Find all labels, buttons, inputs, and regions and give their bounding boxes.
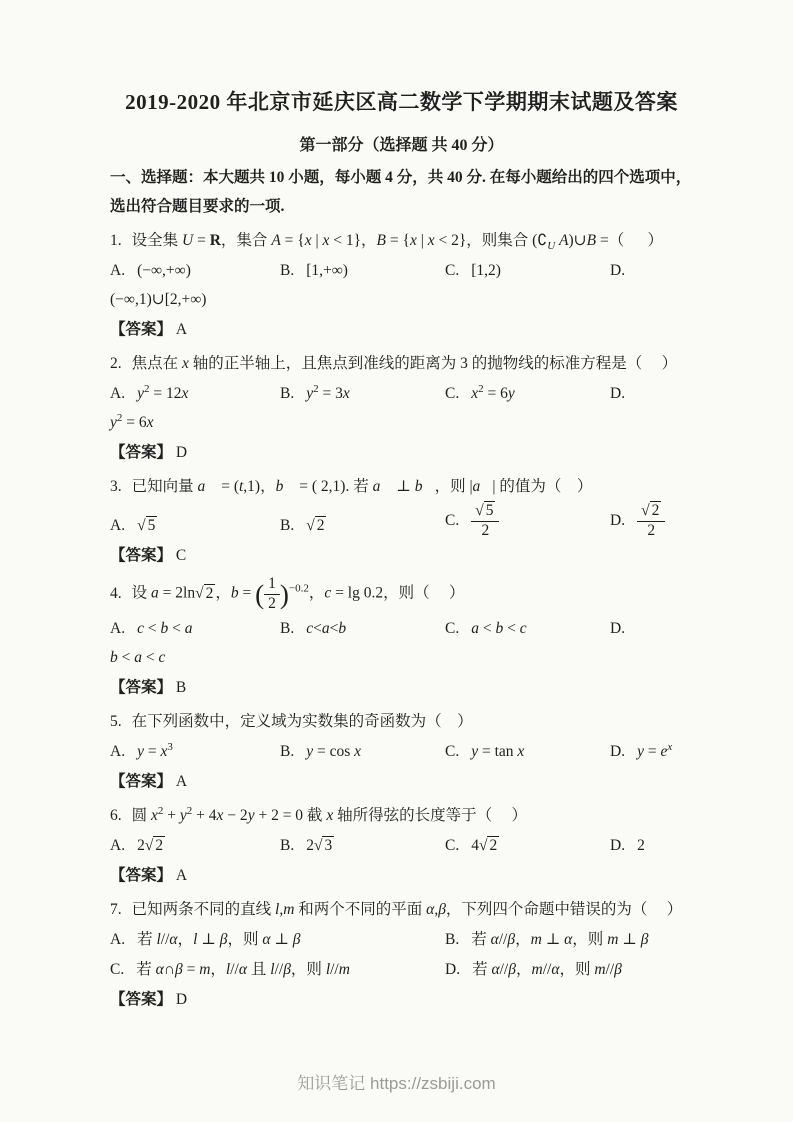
math-run: 2 xyxy=(155,837,163,854)
radicand: 3 xyxy=(322,836,334,854)
option-content: (−∞,+∞) xyxy=(137,262,191,279)
math-run: α xyxy=(156,961,164,978)
math-run: β xyxy=(293,931,301,948)
option-content: a < b < c xyxy=(471,620,526,637)
math-run: − 2 xyxy=(223,807,247,824)
math-run: =（ ） xyxy=(596,232,663,249)
option-C: C.x2 = 6y xyxy=(445,379,610,408)
math-run: 已知向量 xyxy=(132,478,198,495)
option-content: [1,+∞) xyxy=(306,262,348,279)
math-run: ⊥ xyxy=(392,478,414,495)
question-number: 2. xyxy=(110,355,122,372)
question-stem: 7.已知两条不同的直线 l,m 和两个不同的平面 α,β，下列四个命题中错误的为… xyxy=(110,895,693,924)
math-run: b⃗ xyxy=(415,478,435,495)
math-run: x xyxy=(667,741,672,753)
math-run: // xyxy=(230,961,239,978)
option-content: y = ex xyxy=(637,743,672,760)
math-run: 2 xyxy=(306,837,314,854)
math-run: = { xyxy=(386,232,410,249)
math-run: a xyxy=(185,620,193,637)
math-run: ，则 xyxy=(572,931,607,948)
questions-list: 1.设全集 U = R，集合 A = {x | x < 1}，B = {x | … xyxy=(110,226,693,1014)
math-run: [1,2) xyxy=(471,262,501,279)
option-B: B.y2 = 3x xyxy=(280,379,445,408)
math-run: 2 xyxy=(647,522,655,539)
option-overflow-line: (−∞,1)∪[2,+∞) xyxy=(110,285,693,314)
math-run: < 2}，则集合 (∁ xyxy=(435,232,548,249)
math-run: ， xyxy=(178,931,194,948)
option-content: y = x3 xyxy=(137,743,173,760)
math-run: √5 xyxy=(137,516,157,534)
math-run: x xyxy=(343,385,350,402)
math-run: = 2ln xyxy=(159,585,195,602)
math-run: ，则 xyxy=(227,931,262,948)
math-run: ， xyxy=(210,961,226,978)
math-run: √22 xyxy=(637,502,665,540)
fraction-denominator: 2 xyxy=(266,595,278,614)
question-stem: 3.已知向量 a⃗ = (t,1)，b⃗ = ( 2,1). 若 a⃗ ⊥ b⃗… xyxy=(110,472,693,501)
question-stem: 1.设全集 U = R，集合 A = {x | x < 1}，B = {x | … xyxy=(110,226,693,255)
option-D: D. xyxy=(610,256,693,285)
option-B: B.[1,+∞) xyxy=(280,256,445,285)
option-label: A. xyxy=(110,743,125,760)
option-label: B. xyxy=(280,837,294,854)
math-run: √52 xyxy=(471,502,499,540)
math-run: < xyxy=(118,649,135,666)
math-run: √2 xyxy=(479,836,499,854)
answer-line: 【答案】 A xyxy=(110,316,693,344)
question-stem: 4.设 a = 2ln√2，b = (12)−0.2，c = lg 0.2，则（… xyxy=(110,575,693,613)
question-6: 6.圆 x2 + y2 + 4x − 2y + 2 = 0 截 x 轴所得弦的长… xyxy=(110,801,693,890)
math-run: | xyxy=(312,232,323,249)
math-run: = lg 0.2，则（ ） xyxy=(331,585,464,602)
option-D: D.若 α//β，m//α，则 m//β xyxy=(445,955,693,984)
question-7: 7.已知两条不同的直线 l,m 和两个不同的平面 α,β，下列四个命题中错误的为… xyxy=(110,895,693,1014)
option-label: B. xyxy=(280,385,294,402)
option-D: D. xyxy=(610,614,693,643)
math-run: β xyxy=(507,931,515,948)
math-run: √2 xyxy=(306,516,326,534)
math-run: α xyxy=(239,961,247,978)
option-A: A.√5 xyxy=(110,511,280,540)
math-run: ， xyxy=(309,585,325,602)
radical-sign: √ xyxy=(137,517,146,534)
math-run: ,1)， xyxy=(243,478,275,495)
math-run: = 6 xyxy=(484,385,508,402)
option-label: C. xyxy=(445,262,459,279)
answer-line: 【答案】 B xyxy=(110,674,693,702)
math-run: a xyxy=(134,649,142,666)
answer-value: B xyxy=(172,679,186,696)
option-A: A.若 l//α，l ⊥ β，则 α ⊥ β xyxy=(110,925,445,954)
option-B: B.c<a<b xyxy=(280,614,445,643)
option-label: D. xyxy=(610,620,625,637)
option-content: 若 α∩β = m，l//α 且 l//β，则 l//m xyxy=(136,961,350,978)
fraction-numerator: 1 xyxy=(264,575,280,595)
answer-value: D xyxy=(172,444,187,461)
math-run: 圆 xyxy=(132,807,151,824)
math-run: a⃗ xyxy=(473,478,493,495)
math-run: 5 xyxy=(148,517,156,534)
math-run: y xyxy=(180,807,187,824)
math-run: ) xyxy=(280,580,289,610)
question-5: 5.在下列函数中，定义域为实数集的奇函数为（ ）A.y = x3B.y = co… xyxy=(110,707,693,796)
question-number: 1. xyxy=(110,232,122,249)
math-run: 4 xyxy=(471,837,479,854)
math-run: a xyxy=(471,620,479,637)
math-run: 焦点在 xyxy=(132,355,182,372)
option-content: √5 xyxy=(137,516,157,534)
page-title: 2019-2020 年北京市延庆区高二数学下学期期末试题及答案 xyxy=(110,86,693,116)
radical-sign: √ xyxy=(475,502,484,519)
math-run: √2 xyxy=(641,501,661,519)
math-run: = xyxy=(183,961,200,978)
math-run: y xyxy=(508,385,515,402)
option-content: y2 = 3x xyxy=(306,385,350,402)
option-content: y = tan x xyxy=(471,743,524,760)
math-run: ，则 xyxy=(559,961,594,978)
option-content: 2 xyxy=(637,837,645,854)
math-run: ⊥ xyxy=(197,931,219,948)
math-run: −0.2 xyxy=(289,583,309,595)
option-C: C.√52 xyxy=(445,502,610,540)
option-content: y = cos x xyxy=(306,743,361,760)
option-D: D.y = ex xyxy=(610,737,693,766)
math-run: [1,+∞) xyxy=(306,262,348,279)
math-run: 若 xyxy=(471,931,490,948)
option-content: 若 α//β，m//α，则 m//β xyxy=(472,961,622,978)
option-label: D. xyxy=(610,262,625,279)
answer-value: A xyxy=(172,773,187,790)
math-run: √2 xyxy=(195,584,215,602)
math-run: 2 xyxy=(637,837,645,854)
math-run: x xyxy=(410,232,417,249)
math-run: y xyxy=(137,385,144,402)
option-label: D. xyxy=(610,385,625,402)
math-run: = xyxy=(144,743,161,760)
options-row: A.若 l//α，l ⊥ β，则 α ⊥ βB.若 α//β，m ⊥ α，则 m… xyxy=(110,925,693,954)
option-C: C.4√2 xyxy=(445,831,610,860)
option-D: D. xyxy=(610,379,693,408)
option-content: c < b < a xyxy=(137,620,192,637)
math-run: ， xyxy=(516,961,532,978)
math-run: U xyxy=(547,240,555,252)
math-run: ⊥ xyxy=(618,931,640,948)
option-label: C. xyxy=(445,620,459,637)
option-B: B.√2 xyxy=(280,511,445,540)
math-run: = { xyxy=(281,232,305,249)
radicand: 2 xyxy=(153,836,165,854)
math-run: α xyxy=(169,931,177,948)
math-run: B xyxy=(587,232,596,249)
math-run: ∩ xyxy=(164,961,175,978)
answer-line: 【答案】 C xyxy=(110,542,693,570)
radicand: 5 xyxy=(484,501,496,519)
footer-watermark: 知识笔记 https://zsbiji.com xyxy=(0,1069,793,1094)
option-A: A.y2 = 12x xyxy=(110,379,280,408)
option-D: D.√22 xyxy=(610,502,693,540)
math-run: = 12 xyxy=(149,385,181,402)
math-run: = 3 xyxy=(319,385,343,402)
math-run: c xyxy=(137,620,144,637)
math-run: ( xyxy=(255,580,264,610)
options-row: A.y = x3B.y = cos xC.y = tan xD.y = ex xyxy=(110,737,693,766)
question-stem: 2.焦点在 x 轴的正半轴上，且焦点到准线的距离为 3 的抛物线的标准方程是（ … xyxy=(110,349,693,378)
option-A: A.(−∞,+∞) xyxy=(110,256,280,285)
answer-line: 【答案】 D xyxy=(110,439,693,467)
math-run: < xyxy=(168,620,185,637)
answer-value: C xyxy=(172,547,186,564)
option-label: A. xyxy=(110,620,125,637)
question-1: 1.设全集 U = R，集合 A = {x | x < 1}，B = {x | … xyxy=(110,226,693,344)
math-run: A xyxy=(271,232,280,249)
math-run: | xyxy=(417,232,428,249)
math-run: 若 xyxy=(137,931,156,948)
math-run: β xyxy=(508,961,516,978)
option-C: C.y = tan x xyxy=(445,737,610,766)
answer-line: 【答案】 D xyxy=(110,986,693,1014)
math-run: 2 xyxy=(206,585,214,602)
math-run: | 的值为（ ） xyxy=(492,478,592,495)
math-run: m xyxy=(531,961,542,978)
math-run: // xyxy=(330,961,339,978)
math-run: ， xyxy=(215,585,231,602)
answer-prefix: 【答案】 xyxy=(110,991,172,1008)
answer-value: D xyxy=(172,991,187,1008)
option-content: 若 α//β，m ⊥ α，则 m ⊥ β xyxy=(471,931,648,948)
math-run: 2 xyxy=(268,595,276,612)
option-label: A. xyxy=(110,385,125,402)
math-run: x xyxy=(354,743,361,760)
answer-prefix: 【答案】 xyxy=(110,321,172,338)
math-run: < xyxy=(313,620,322,637)
math-run: // xyxy=(275,961,284,978)
math-run: 2 xyxy=(481,522,489,539)
fraction-denominator: 2 xyxy=(479,522,491,541)
option-label: D. xyxy=(610,743,625,760)
answer-prefix: 【答案】 xyxy=(110,444,172,461)
math-run: )∪ xyxy=(568,232,586,249)
option-content: √52 xyxy=(471,512,499,529)
question-stem: 6.圆 x2 + y2 + 4x − 2y + 2 = 0 截 x 轴所得弦的长… xyxy=(110,801,693,830)
options-row: A.√5B.√2C.√52D.√22 xyxy=(110,502,693,540)
math-run: m xyxy=(199,961,210,978)
question-3: 3.已知向量 a⃗ = (t,1)，b⃗ = ( 2,1). 若 a⃗ ⊥ b⃗… xyxy=(110,472,693,570)
options-row: A.y2 = 12xB.y2 = 3xC.x2 = 6yD. xyxy=(110,379,693,408)
math-run: ，集合 xyxy=(221,232,271,249)
math-run: (−∞,+∞) xyxy=(137,262,191,279)
math-run: b xyxy=(231,585,239,602)
option-label: C. xyxy=(445,385,459,402)
answer-line: 【答案】 A xyxy=(110,768,693,796)
math-run: y xyxy=(637,743,644,760)
math-run: √3 xyxy=(314,836,334,854)
option-A: A.y = x3 xyxy=(110,737,280,766)
option-content: 2√2 xyxy=(137,836,165,854)
question-number: 5. xyxy=(110,713,122,730)
option-label: B. xyxy=(445,931,459,948)
option-C: C.[1,2) xyxy=(445,256,610,285)
math-run: = cos xyxy=(313,743,354,760)
option-overflow-line: y2 = 6x xyxy=(110,408,693,437)
math-run: b xyxy=(338,620,346,637)
option-label: A. xyxy=(110,837,125,854)
math-run: + 4 xyxy=(192,807,216,824)
math-run: = xyxy=(193,232,210,249)
option-B: B.y = cos x xyxy=(280,737,445,766)
question-2: 2.焦点在 x 轴的正半轴上，且焦点到准线的距离为 3 的抛物线的标准方程是（ … xyxy=(110,349,693,467)
math-run: c xyxy=(520,620,527,637)
radicand: 5 xyxy=(146,516,158,534)
math-run: 设全集 xyxy=(132,232,182,249)
math-run: 2 xyxy=(317,517,325,534)
math-run: ⊥ xyxy=(270,931,292,948)
option-C: C.a < b < c xyxy=(445,614,610,643)
math-run: 设 xyxy=(132,585,151,602)
math-run: 3 xyxy=(167,741,173,753)
math-run: x xyxy=(517,743,524,760)
math-run: 且 xyxy=(247,961,270,978)
math-run: m xyxy=(283,901,294,918)
math-run: 2 xyxy=(137,837,145,854)
math-run: = 6 xyxy=(122,414,146,431)
math-run: x xyxy=(182,355,189,372)
option-content: [1,2) xyxy=(471,262,501,279)
question-stem: 5.在下列函数中，定义域为实数集的奇函数为（ ） xyxy=(110,707,693,736)
math-run: 3 xyxy=(324,837,332,854)
option-label: C. xyxy=(445,837,459,854)
math-run: 和两个不同的平面 xyxy=(294,901,426,918)
math-run: U xyxy=(182,232,193,249)
math-run: x xyxy=(151,807,158,824)
question-number: 6. xyxy=(110,807,122,824)
option-content: √2 xyxy=(306,516,326,534)
option-label: C. xyxy=(445,512,459,529)
question-4: 4.设 a = 2ln√2，b = (12)−0.2，c = lg 0.2，则（… xyxy=(110,575,693,702)
math-run: (−∞,1)∪[2,+∞) xyxy=(110,291,206,308)
math-run: = tan xyxy=(478,743,517,760)
math-run: x xyxy=(147,414,154,431)
document-page: 2019-2020 年北京市延庆区高二数学下学期期末试题及答案 第一部分（选择题… xyxy=(0,0,793,1122)
math-run: √2 xyxy=(145,836,165,854)
math-run: c xyxy=(159,649,166,666)
option-content: √22 xyxy=(637,512,665,529)
option-content: y2 = 12x xyxy=(137,385,188,402)
math-run: −0.2 xyxy=(289,583,309,595)
math-run: β xyxy=(175,961,183,978)
radicand: 2 xyxy=(487,836,499,854)
fraction-numerator: √2 xyxy=(637,502,665,522)
option-B: B.2√3 xyxy=(280,831,445,860)
math-run: < 1}， xyxy=(329,232,376,249)
option-content: 4√2 xyxy=(471,836,499,854)
option-A: A.2√2 xyxy=(110,831,280,860)
math-run: y xyxy=(248,807,255,824)
math-run: 已知两条不同的直线 xyxy=(132,901,275,918)
option-content: 2√3 xyxy=(306,836,334,854)
math-run: ，下列四个命题中错误的为（ ） xyxy=(446,901,682,918)
math-run: ⊥ xyxy=(542,931,564,948)
math-run: 轴所得弦的长度等于（ ） xyxy=(333,807,527,824)
math-run: a⃗ xyxy=(198,478,218,495)
math-run: m xyxy=(339,961,350,978)
section-heading: 第一部分（选择题 共 40 分） xyxy=(110,132,693,155)
math-run: m xyxy=(607,931,618,948)
math-run: a xyxy=(322,620,330,637)
math-run: a⃗ xyxy=(373,478,393,495)
math-run: 2 xyxy=(489,837,497,854)
math-run: ，则 xyxy=(291,961,326,978)
math-run: = xyxy=(239,585,256,602)
answer-value: A xyxy=(172,321,187,338)
math-run: α xyxy=(491,931,499,948)
math-run: 在下列函数中，定义域为实数集的奇函数为（ ） xyxy=(132,713,473,730)
math-run: 2 xyxy=(652,502,660,519)
answer-prefix: 【答案】 xyxy=(110,867,172,884)
math-run: β xyxy=(438,901,446,918)
question-number: 7. xyxy=(110,901,122,918)
radical-sign: √ xyxy=(306,517,315,534)
option-label: B. xyxy=(280,517,294,534)
math-run: ， xyxy=(515,931,531,948)
answer-prefix: 【答案】 xyxy=(110,679,172,696)
math-run: x xyxy=(305,232,312,249)
option-C: C.若 α∩β = m，l//α 且 l//β，则 l//m xyxy=(110,955,445,984)
instructions: 一、选择题：本大题共 10 小题，每小题 4 分，共 40 分. 在每小题给出的… xyxy=(110,163,693,221)
math-run: 1 xyxy=(268,575,276,592)
math-run: m xyxy=(594,961,605,978)
math-run: 12 xyxy=(264,575,280,613)
math-run: y xyxy=(137,743,144,760)
options-row: A.2√2B.2√3C.4√2D.2 xyxy=(110,831,693,860)
radical-sign: √ xyxy=(641,502,650,519)
options-row: A.c < b < aB.c<a<bC.a < b < cD. xyxy=(110,614,693,643)
option-B: B.若 α//β，m ⊥ α，则 m ⊥ β xyxy=(445,925,693,954)
answer-value: A xyxy=(172,867,187,884)
math-run: x xyxy=(667,741,672,753)
math-run: b xyxy=(110,649,118,666)
radicand: 2 xyxy=(315,516,327,534)
math-run: U xyxy=(547,240,555,252)
math-run: α xyxy=(491,961,499,978)
math-run: 若 xyxy=(472,961,491,978)
answer-prefix: 【答案】 xyxy=(110,773,172,790)
math-run: 3 xyxy=(167,741,173,753)
math-run: β xyxy=(283,961,291,978)
fraction-denominator: 2 xyxy=(645,522,657,541)
math-run: b⃗ xyxy=(276,478,296,495)
math-run: < xyxy=(479,620,496,637)
math-run: 若 xyxy=(136,961,155,978)
answer-prefix: 【答案】 xyxy=(110,547,172,564)
math-run: < xyxy=(142,649,159,666)
math-run: // xyxy=(500,961,509,978)
option-label: C. xyxy=(110,961,124,978)
fraction-numerator: √5 xyxy=(471,502,499,522)
math-run: β xyxy=(641,931,649,948)
math-run: x xyxy=(428,232,435,249)
radicand: 2 xyxy=(650,501,662,519)
math-run: ，则 | xyxy=(435,478,473,495)
math-run: B xyxy=(377,232,386,249)
option-label: B. xyxy=(280,262,294,279)
option-label: B. xyxy=(280,620,294,637)
math-run: = ( 2,1). 若 xyxy=(295,478,372,495)
option-label: B. xyxy=(280,743,294,760)
math-run: < xyxy=(503,620,520,637)
option-label: A. xyxy=(110,262,125,279)
question-number: 3. xyxy=(110,478,122,495)
